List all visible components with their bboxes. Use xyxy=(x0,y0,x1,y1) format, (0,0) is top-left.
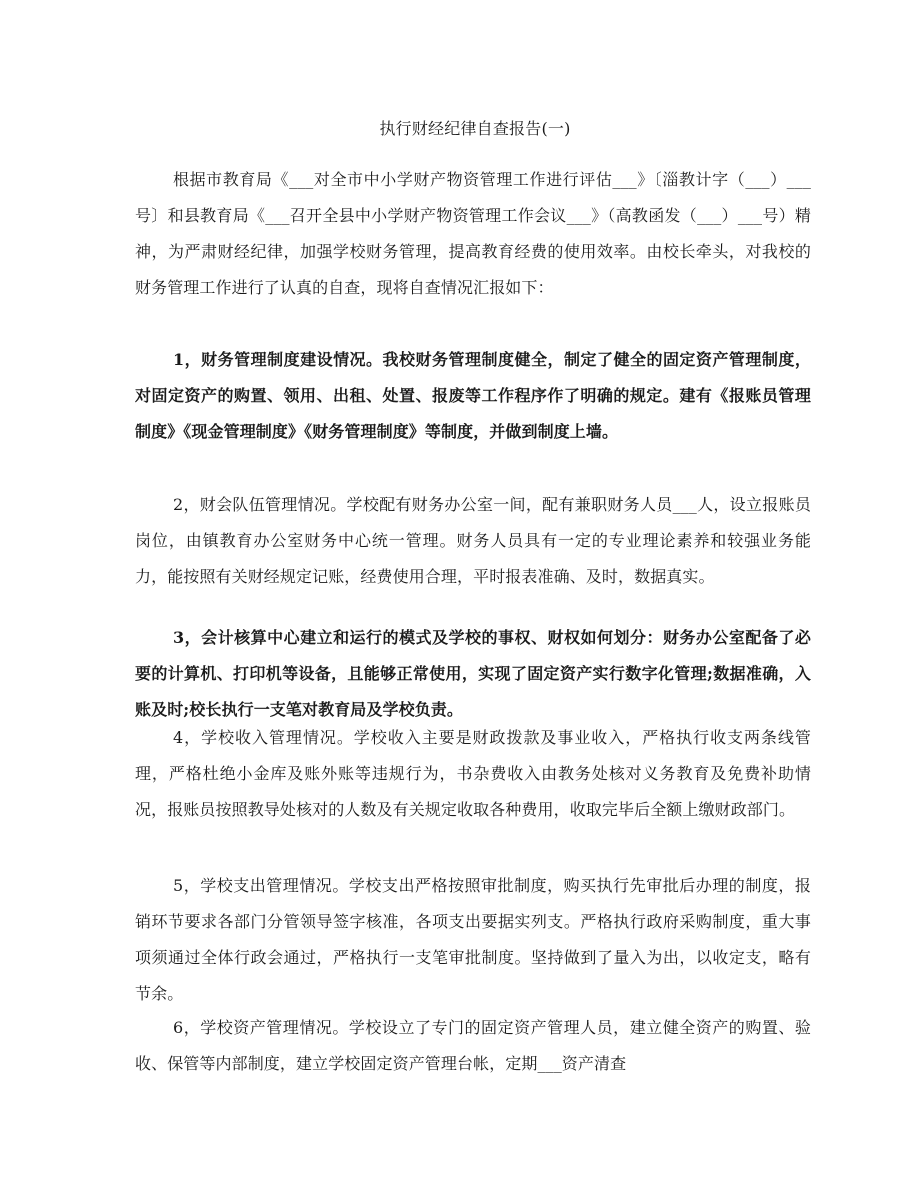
paragraph-intro: 根据市教育局《___对全市中小学财产物资管理工作进行评估___》〔淄教计字（__… xyxy=(135,162,811,306)
paragraph-4-income: 4，学校收入管理情况。学校收入主要是财政拨款及事业收入，严格执行收支两条线管理，… xyxy=(135,720,811,828)
paragraph-5-expenditure: 5，学校支出管理情况。学校支出严格按照审批制度，购买执行先审批后办理的制度，报销… xyxy=(135,868,811,1012)
paragraph-3-accounting-center: 3，会计核算中心建立和运行的模式及学校的事权、财权如何划分：财务办公室配备了必要… xyxy=(135,620,811,728)
paragraph-6-assets: 6，学校资产管理情况。学校设立了专门的固定资产管理人员，建立健全资产的购置、验收… xyxy=(135,1010,811,1082)
paragraph-2-finance-staff: 2，财会队伍管理情况。学校配有财务办公室一间，配有兼职财务人员___人，设立报账… xyxy=(135,487,811,595)
document-title: 执行财经纪律自查报告(一) xyxy=(135,119,815,139)
paragraph-1-finance-system: 1，财务管理制度建设情况。我校财务管理制度健全，制定了健全的固定资产管理制度，对… xyxy=(135,342,811,450)
